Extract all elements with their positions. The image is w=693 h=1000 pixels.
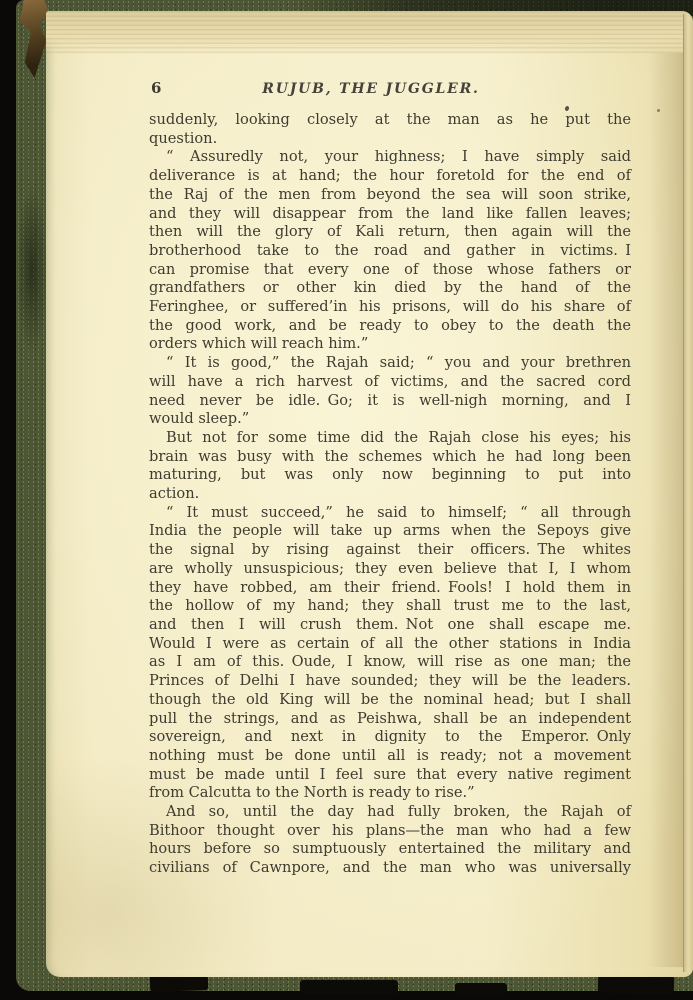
- text-line: civilians of Cawnpore, and the man who w…: [149, 859, 631, 878]
- text-line: orders which will reach him.”: [149, 335, 631, 354]
- page-top-edges: [46, 11, 693, 55]
- text-line: brain was busy with the schemes which he…: [149, 448, 631, 467]
- text-line: brotherhood take to the road and gather …: [149, 242, 631, 261]
- text-line: question.: [149, 130, 631, 149]
- text-line: But not for some time did the Rajah clos…: [149, 429, 631, 448]
- paragraph: “ It is good,” the Rajah said; “ you and…: [149, 354, 631, 429]
- page-curve-shadow: [649, 53, 683, 967]
- text-line: “ It is good,” the Rajah said; “ you and…: [149, 354, 631, 373]
- ink-speck: [657, 109, 660, 112]
- paragraph: “ Assuredly not, your highness; I have s…: [149, 148, 631, 354]
- text-line: action.: [149, 485, 631, 504]
- text-line: are wholly unsuspicious; they even belie…: [149, 560, 631, 579]
- running-title: RUJUB, THE JUGGLER.: [262, 81, 479, 97]
- text-line: will have a rich harvest of victims, and…: [149, 373, 631, 392]
- book-photo: 6 RUJUB, THE JUGGLER. suddenly, looking …: [0, 0, 693, 1000]
- text-line: they have robbed, am their friend. Fools…: [149, 579, 631, 598]
- paragraph: “ It must succeed,” he said to himself; …: [149, 504, 631, 803]
- text-line: as I am of this. Oude, I know, will rise…: [149, 653, 631, 672]
- book-page: 6 RUJUB, THE JUGGLER. suddenly, looking …: [46, 11, 693, 977]
- text-line: nothing must be done until all is ready;…: [149, 747, 631, 766]
- text-line: the signal by rising against their offic…: [149, 541, 631, 560]
- running-title-wrap: RUJUB, THE JUGGLER.: [130, 78, 612, 99]
- text-line: deliverance is at hand; the hour foretol…: [149, 167, 631, 186]
- paragraph: But not for some time did the Rajah clos…: [149, 429, 631, 504]
- text-line: the good work, and be ready to obey to t…: [149, 317, 631, 336]
- text-line: and they will disappear from the land li…: [149, 205, 631, 224]
- cover-shadow: [16, 185, 48, 355]
- page-fore-edge: [683, 14, 693, 972]
- text-line: would sleep.”: [149, 410, 631, 429]
- text-line: “ It must succeed,” he said to himself; …: [149, 504, 631, 523]
- text-line: Would I were as certain of all the other…: [149, 635, 631, 654]
- cover-damage-patch: [300, 980, 398, 994]
- text-line: “ Assuredly not, your highness; I have s…: [149, 148, 631, 167]
- text-line: grandfathers or other kin died by the ha…: [149, 279, 631, 298]
- text-line: need never be idle. Go; it is well-nigh …: [149, 392, 631, 411]
- text-line: and then I will crush them. Not one shal…: [149, 616, 631, 635]
- text-line: And so, until the day had fully broken, …: [149, 803, 631, 822]
- page-content: 6 RUJUB, THE JUGGLER. suddenly, looking …: [149, 78, 631, 878]
- page-header: 6 RUJUB, THE JUGGLER.: [149, 78, 631, 98]
- text-block: suddenly, looking closely at the man as …: [149, 111, 631, 878]
- text-line: then will the glory of Kali return, then…: [149, 223, 631, 242]
- text-line: the Raj of the men from beyond the sea w…: [149, 186, 631, 205]
- text-line: sovereign, and next in dignity to the Em…: [149, 728, 631, 747]
- text-line: can promise that every one of those whos…: [149, 261, 631, 280]
- text-line: maturing, but was only now beginning to …: [149, 466, 631, 485]
- text-line: India the people will take up arms when …: [149, 522, 631, 541]
- text-line: Princes of Delhi I have sounded; they wi…: [149, 672, 631, 691]
- cover-damage-patch: [455, 983, 507, 995]
- text-line: Bithoor thought over his plans—the man w…: [149, 822, 631, 841]
- text-line: Feringhee, or suffered’in his prisons, w…: [149, 298, 631, 317]
- text-line: suddenly, looking closely at the man as …: [149, 111, 631, 130]
- text-line: hours before so sumptuously entertained …: [149, 840, 631, 859]
- paragraph: And so, until the day had fully broken, …: [149, 803, 631, 878]
- text-line: from Calcutta to the North is ready to r…: [149, 784, 631, 803]
- text-line: the hollow of my hand; they shall trust …: [149, 597, 631, 616]
- text-line: must be made until I feel sure that ever…: [149, 766, 631, 785]
- cover-damage-patch: [598, 974, 674, 995]
- paragraph: suddenly, looking closely at the man as …: [149, 111, 631, 148]
- text-line: pull the strings, and as Peishwa, shall …: [149, 710, 631, 729]
- text-line: though the old King will be the nominal …: [149, 691, 631, 710]
